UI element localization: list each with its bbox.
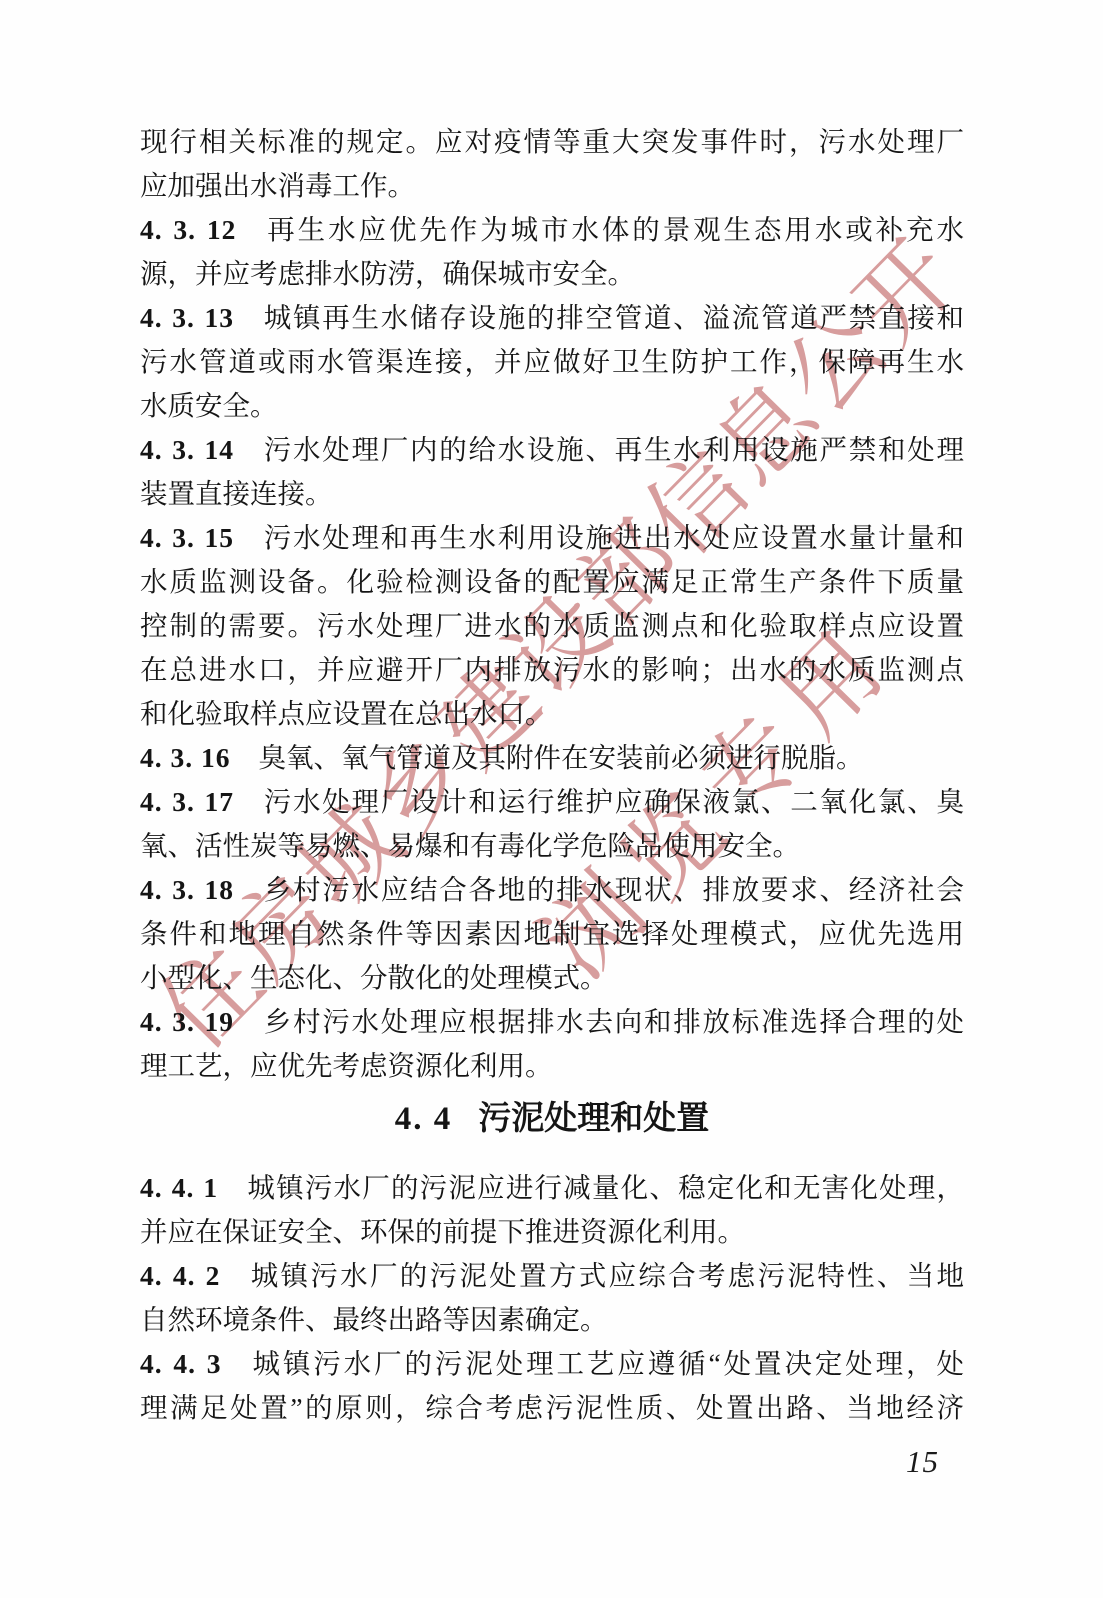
clause-text: 条件和地理自然条件等因素因地制宜选择处理模式，应优先选用: [140, 918, 964, 949]
text-line: 源，并应考虑排水防涝，确保城市安全。: [140, 252, 964, 296]
clause-text: 城镇污水厂的污泥应进行减量化、稳定化和无害化处理，: [246, 1172, 964, 1203]
clause-text: 乡村污水应结合各地的排水现状、排放要求、经济社会: [262, 874, 964, 905]
clause-text: 水质监测设备。化验检测设备的配置应满足正常生产条件下质量: [140, 566, 964, 597]
text-line: 现行相关标准的规定。应对疫情等重大突发事件时，污水处理厂: [140, 120, 964, 164]
text-line: 在总进水口，并应避开厂内排放污水的影响；出水的水质监测点: [140, 648, 964, 692]
clause-number: 4. 3. 12: [140, 214, 236, 245]
text-line: 理满足处置”的原则，综合考虑污泥性质、处置出路、当地经济: [140, 1386, 964, 1430]
clause-number: 4. 3. 17: [140, 786, 234, 817]
clause-number: 4. 4. 3: [140, 1348, 222, 1379]
text-block: 现行相关标准的规定。应对疫情等重大突发事件时，污水处理厂应加强出水消毒工作。4.…: [140, 0, 964, 1430]
clause-text: 污水处理厂内的给水设施、再生水利用设施严禁和处理: [262, 434, 964, 465]
text-line: 4. 4. 2城镇污水厂的污泥处置方式应综合考虑污泥特性、当地: [140, 1254, 964, 1298]
clause-text: 和化验取样点应设置在总出水口。: [140, 698, 553, 729]
clause-text: 自然环境条件、最终出路等因素确定。: [140, 1304, 608, 1335]
text-line: 4. 3. 16臭氧、氧气管道及其附件在安装前必须进行脱脂。: [140, 736, 964, 780]
text-line: 4. 3. 12再生水应优先作为城市水体的景观生态用水或补充水: [140, 208, 964, 252]
text-line: 应加强出水消毒工作。: [140, 164, 964, 208]
text-line: 理工艺，应优先考虑资源化利用。: [140, 1044, 964, 1088]
clause-text: 再生水应优先作为城市水体的景观生态用水或补充水: [264, 214, 964, 245]
clause-number: 4. 3. 13: [140, 302, 234, 333]
text-line: 条件和地理自然条件等因素因地制宜选择处理模式，应优先选用: [140, 912, 964, 956]
text-line: 装置直接连接。: [140, 472, 964, 516]
clause-text: 理工艺，应优先考虑资源化利用。: [140, 1050, 553, 1081]
text-line: 水质监测设备。化验检测设备的配置应满足正常生产条件下质量: [140, 560, 964, 604]
clause-text: 控制的需要。污水处理厂进水的水质监测点和化验取样点应设置: [140, 610, 964, 641]
clause-text: 乡村污水处理应根据排水去向和排放标准选择合理的处: [262, 1006, 964, 1037]
clause-text: 污水管道或雨水管渠连接，并应做好卫生防护工作，保障再生水: [140, 346, 964, 377]
clause-text: 臭氧、氧气管道及其附件在安装前必须进行脱脂。: [259, 742, 864, 773]
clause-text: 氧、活性炭等易燃、易爆和有毒化学危险品使用安全。: [140, 830, 800, 861]
text-line: 污水管道或雨水管渠连接，并应做好卫生防护工作，保障再生水: [140, 340, 964, 384]
clause-number: 4. 4. 1: [140, 1172, 218, 1203]
text-line: 4. 3. 18乡村污水应结合各地的排水现状、排放要求、经济社会: [140, 868, 964, 912]
clause-number: 4. 3. 14: [140, 434, 234, 465]
page-number: 15: [906, 1444, 939, 1480]
clause-text: 装置直接连接。: [140, 478, 333, 509]
text-line: 4. 3. 15污水处理和再生水利用设施进出水处应设置水量计量和: [140, 516, 964, 560]
clause-text: 城镇污水厂的污泥处置方式应综合考虑污泥特性、当地: [248, 1260, 964, 1291]
text-line: 控制的需要。污水处理厂进水的水质监测点和化验取样点应设置: [140, 604, 964, 648]
clause-number: 4. 3. 18: [140, 874, 234, 905]
text-line: 水质安全。: [140, 384, 964, 428]
text-line: 4. 3. 14污水处理厂内的给水设施、再生水利用设施严禁和处理: [140, 428, 964, 472]
clause-text: 应加强出水消毒工作。: [140, 170, 415, 201]
clause-number: 4. 4: [395, 1101, 453, 1137]
clause-number: 4. 3. 19: [140, 1006, 234, 1037]
clause-text: 并应在保证安全、环保的前提下推进资源化利用。: [140, 1216, 745, 1247]
clause-text: 在总进水口，并应避开厂内排放污水的影响；出水的水质监测点: [140, 654, 964, 685]
section-heading: 4. 4污泥处理和处置: [140, 1096, 964, 1141]
text-line: 4. 3. 19乡村污水处理应根据排水去向和排放标准选择合理的处: [140, 1000, 964, 1044]
document-page: 住房城乡建设部信息公开 浏览专用 现行相关标准的规定。应对疫情等重大突发事件时，…: [0, 0, 1103, 1598]
text-line: 小型化、生态化、分散化的处理模式。: [140, 956, 964, 1000]
text-line: 和化验取样点应设置在总出水口。: [140, 692, 964, 736]
clause-number: 4. 4. 2: [140, 1260, 220, 1291]
clause-number: 4. 3. 16: [140, 742, 231, 773]
clause-text: 水质安全。: [140, 390, 278, 421]
clause-text: 城镇再生水储存设施的排空管道、溢流管道严禁直接和: [262, 302, 964, 333]
clause-number: 4. 3. 15: [140, 522, 234, 553]
text-line: 并应在保证安全、环保的前提下推进资源化利用。: [140, 1210, 964, 1254]
section-heading-text: 污泥处理和处置: [478, 1099, 709, 1136]
text-line: 4. 3. 17污水处理厂设计和运行维护应确保液氯、二氧化氯、臭: [140, 780, 964, 824]
clause-text: 理满足处置”的原则，综合考虑污泥性质、处置出路、当地经济: [140, 1392, 964, 1423]
text-line: 4. 4. 3城镇污水厂的污泥处理工艺应遵循“处置决定处理，处: [140, 1342, 964, 1386]
clause-text: 小型化、生态化、分散化的处理模式。: [140, 962, 608, 993]
text-line: 4. 3. 13城镇再生水储存设施的排空管道、溢流管道严禁直接和: [140, 296, 964, 340]
text-line: 氧、活性炭等易燃、易爆和有毒化学危险品使用安全。: [140, 824, 964, 868]
clause-text: 城镇污水厂的污泥处理工艺应遵循“处置决定处理，处: [250, 1348, 964, 1379]
text-line: 4. 4. 1城镇污水厂的污泥应进行减量化、稳定化和无害化处理，: [140, 1166, 964, 1210]
clause-text: 现行相关标准的规定。应对疫情等重大突发事件时，污水处理厂: [140, 126, 964, 157]
clause-text: 源，并应考虑排水防涝，确保城市安全。: [140, 258, 635, 289]
clause-text: 污水处理厂设计和运行维护应确保液氯、二氧化氯、臭: [262, 786, 964, 817]
clause-text: 污水处理和再生水利用设施进出水处应设置水量计量和: [262, 522, 964, 553]
text-line: 自然环境条件、最终出路等因素确定。: [140, 1298, 964, 1342]
